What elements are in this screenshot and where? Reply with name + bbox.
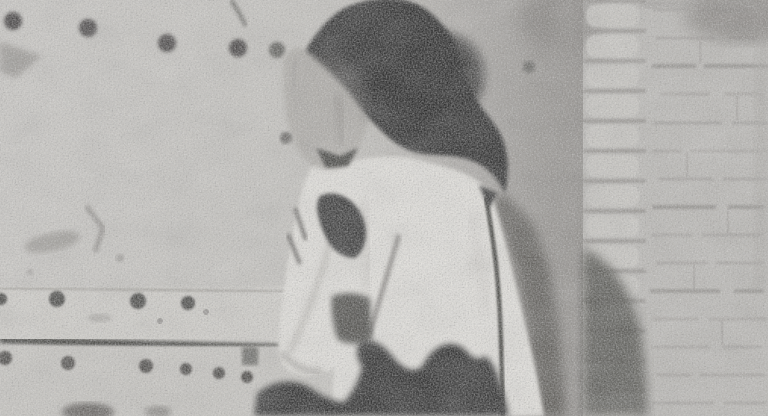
fine-grain-layer — [0, 0, 768, 416]
film-grain — [0, 0, 768, 416]
photo-grainy-bw — [0, 0, 768, 416]
photo-canvas — [0, 0, 768, 416]
